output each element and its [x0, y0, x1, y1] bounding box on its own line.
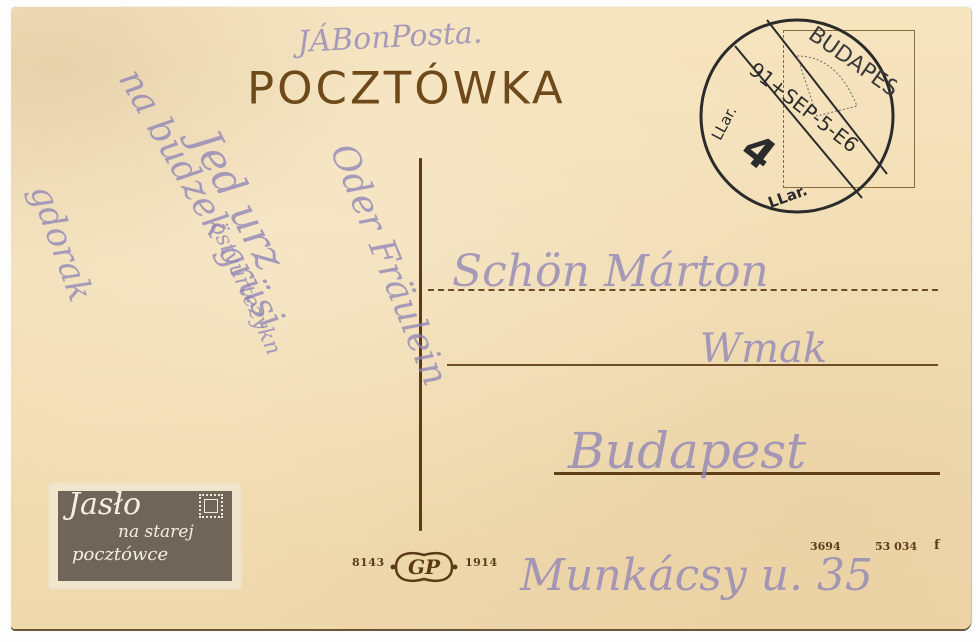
svg-text:LLar.: LLar.: [766, 181, 810, 212]
catalog-code-a: 3694: [810, 540, 841, 553]
svg-text:GP: GP: [408, 555, 441, 579]
address-line-1: [428, 289, 938, 291]
center-divider: [419, 158, 422, 531]
svg-text:LLar.: LLar.: [708, 103, 741, 143]
catalog-code-b: 53 034: [875, 540, 917, 553]
postcard-title: POCZTÓWKA: [247, 66, 566, 110]
postmark-icon: 91+SEP-5-E6 BUDAPEST 4 LLar. LLar.: [697, 16, 897, 216]
badge-line-1: Jasło: [68, 490, 141, 520]
stamp-icon: [199, 494, 223, 518]
catalog-code-c: f: [934, 538, 940, 553]
publisher-number: 8143: [352, 556, 385, 569]
publisher-year: 1914: [465, 556, 498, 569]
address-line-2: [447, 364, 938, 366]
badge-line-3: pocztówce: [72, 546, 168, 564]
publisher-monogram-icon: GP: [390, 547, 458, 587]
badge-line-2: na starej: [118, 524, 194, 541]
address-line-3: [554, 472, 940, 475]
svg-text:4: 4: [732, 123, 785, 180]
